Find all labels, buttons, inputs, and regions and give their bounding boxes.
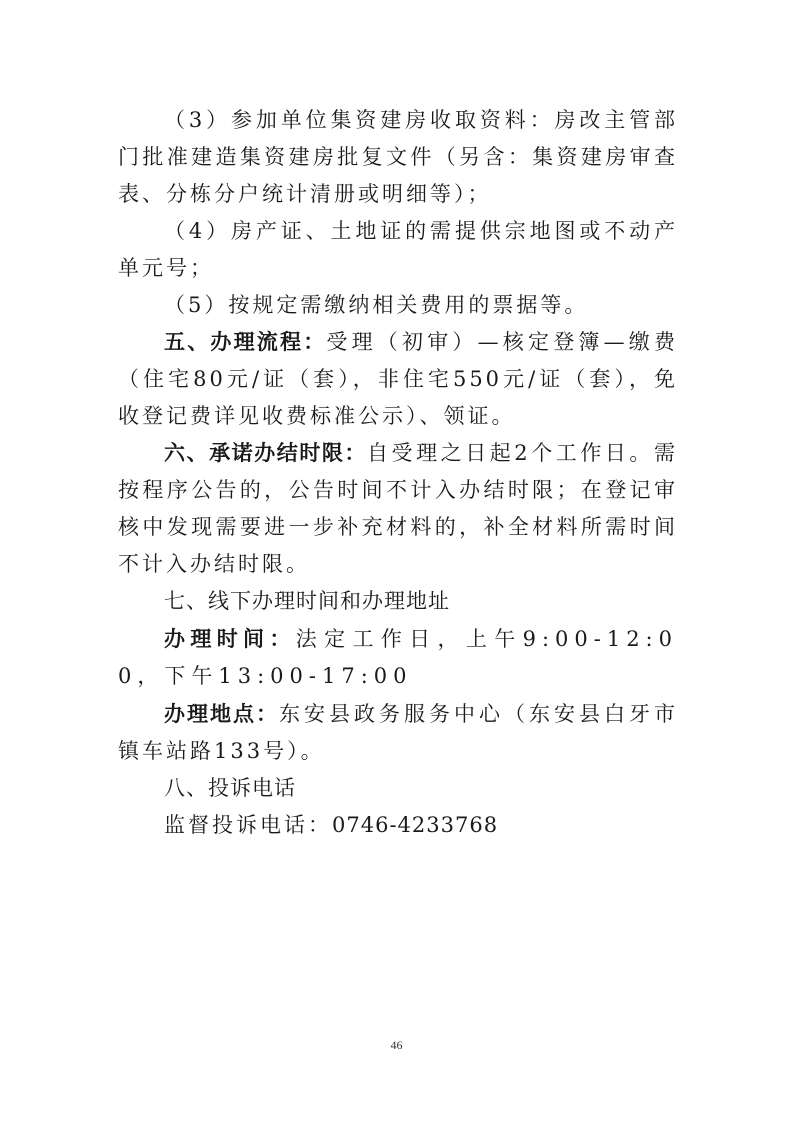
office-address-label: 办理地点：	[164, 701, 279, 726]
section-time-limit: 六、承诺办结时限：自受理之日起2个工作日。需按程序公告的，公告时间不计入办结时限…	[118, 435, 678, 583]
complaint-phone-number: 0746-4233768	[332, 813, 498, 837]
section-time-limit-label: 六、承诺办结时限：	[164, 441, 367, 465]
complaint-phone: 监督投诉电话：0746-4233768	[118, 807, 678, 844]
section-offline-heading: 七、线下办理时间和办理地址	[118, 583, 678, 620]
list-item-5: （5）按规定需缴纳相关费用的票据等。	[118, 287, 678, 324]
list-item-4: （4）房产证、土地证的需提供宗地图或不动产单元号；	[118, 213, 678, 287]
section-process: 五、办理流程：受理（初审）—核定登簿—缴费（住宅80元/证（套），非住宅550元…	[118, 324, 678, 435]
list-item-3: （3）参加单位集资建房收取资料：房改主管部门批准建造集资建房批复文件（另含：集资…	[118, 102, 678, 213]
section-process-label: 五、办理流程：	[164, 330, 326, 354]
document-body: （3）参加单位集资建房收取资料：房改主管部门批准建造集资建房批复文件（另含：集资…	[118, 102, 678, 844]
office-hours-label: 办理时间：	[164, 626, 296, 651]
page-number: 46	[0, 1038, 793, 1053]
office-hours: 办理时间：法定工作日，上午9:00-12:00，下午13:00-17:00	[118, 620, 678, 695]
section-complaint-heading: 八、投诉电话	[118, 770, 678, 807]
office-address: 办理地点：东安县政务服务中心（东安县白牙市镇车站路133号）。	[118, 695, 678, 770]
complaint-phone-label: 监督投诉电话：	[164, 813, 332, 837]
